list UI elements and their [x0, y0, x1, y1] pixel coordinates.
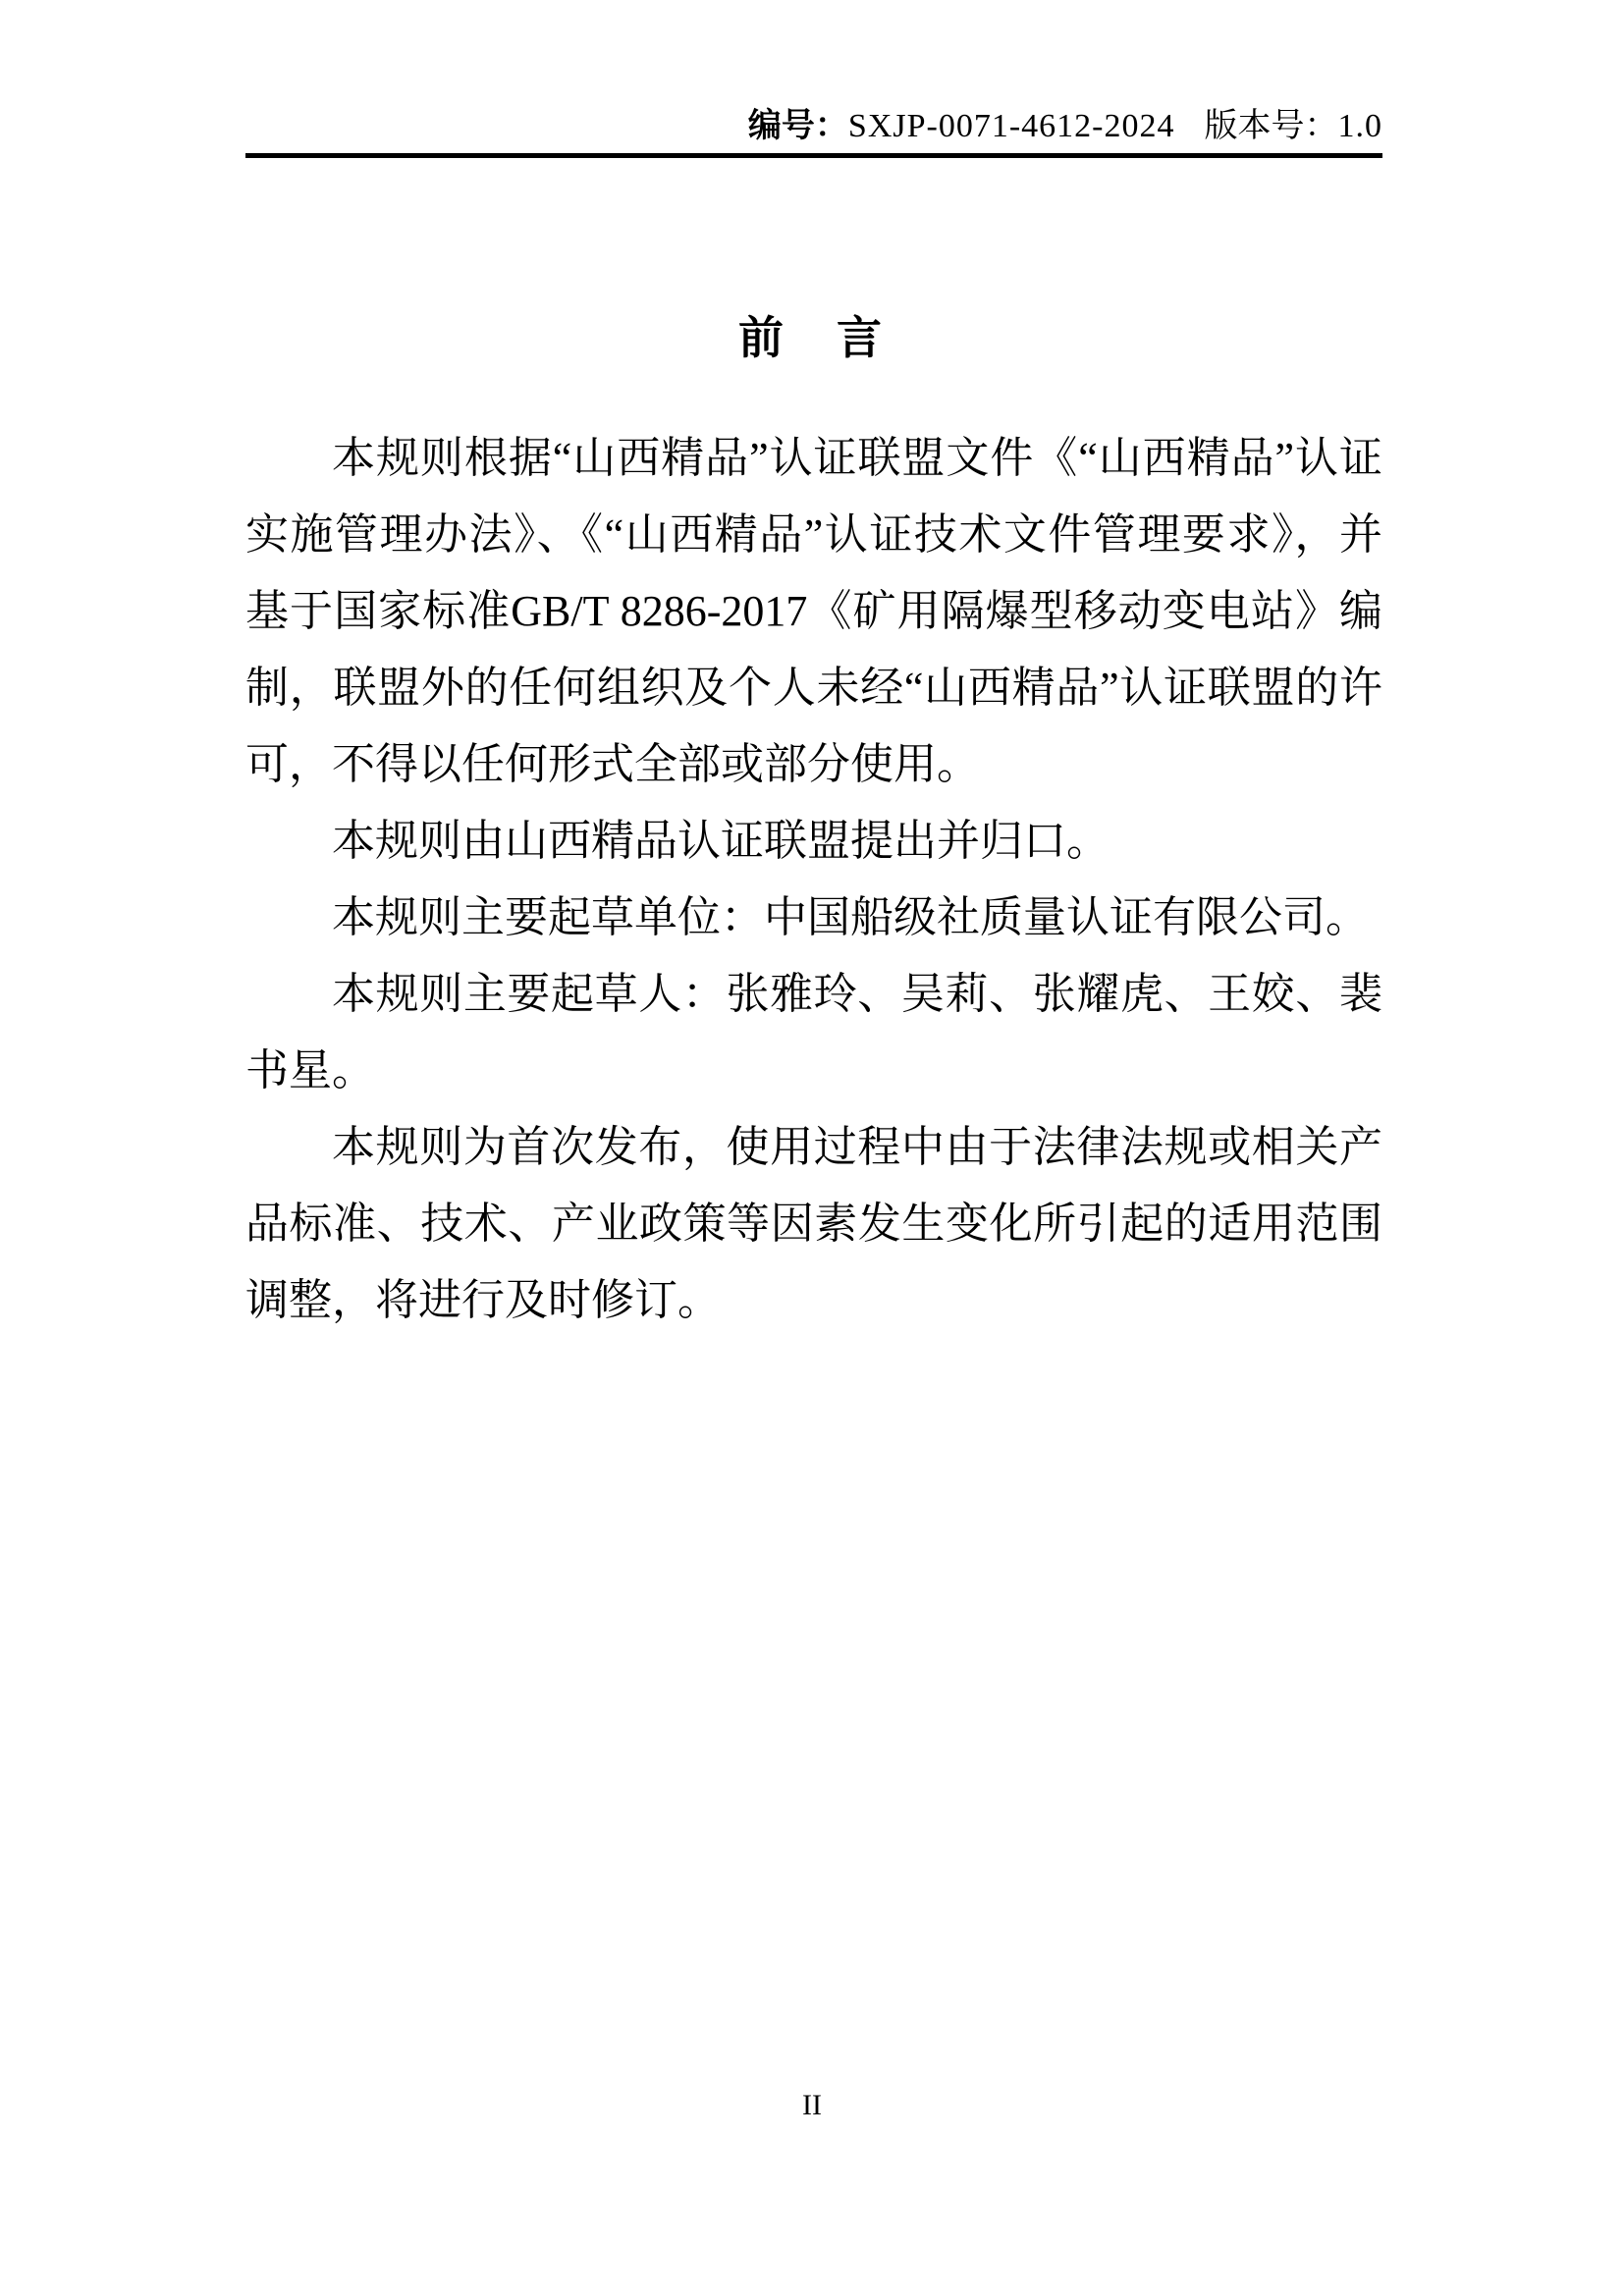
- version-value: 1.0: [1338, 108, 1383, 144]
- header-divider-rule: [245, 153, 1382, 158]
- paragraph-drafters: 本规则主要起草人：张雅玲、吴莉、张耀虎、王姣、裴书星。: [245, 956, 1382, 1109]
- version-label: 版本号：: [1205, 108, 1338, 144]
- document-page: 编号：SXJP-0071-4612-2024版本号：1.0 前 言 本规则根据“…: [0, 0, 1624, 2296]
- document-body: 本规则根据“山西精品”认证联盟文件《“山西精品”认证实施管理办法》、《“山西精品…: [245, 420, 1382, 1339]
- doc-number-label: 编号：: [748, 107, 848, 144]
- page-footer: II: [0, 2089, 1624, 2122]
- paragraph-drafting-organization: 本规则主要起草单位：中国船级社质量认证有限公司。: [245, 880, 1382, 956]
- page-header: 编号：SXJP-0071-4612-2024版本号：1.0: [748, 98, 1382, 146]
- doc-number-value: SXJP-0071-4612-2024: [848, 108, 1175, 144]
- page-title: 前 言: [0, 302, 1624, 367]
- paragraph-scope-basis: 本规则根据“山西精品”认证联盟文件《“山西精品”认证实施管理办法》、《“山西精品…: [245, 420, 1382, 803]
- page-number: II: [802, 2089, 822, 2121]
- paragraph-proposed-by: 本规则由山西精品认证联盟提出并归口。: [245, 803, 1382, 880]
- paragraph-first-release-note: 本规则为首次发布，使用过程中由于法律法规或相关产品标准、技术、产业政策等因素发生…: [245, 1109, 1382, 1339]
